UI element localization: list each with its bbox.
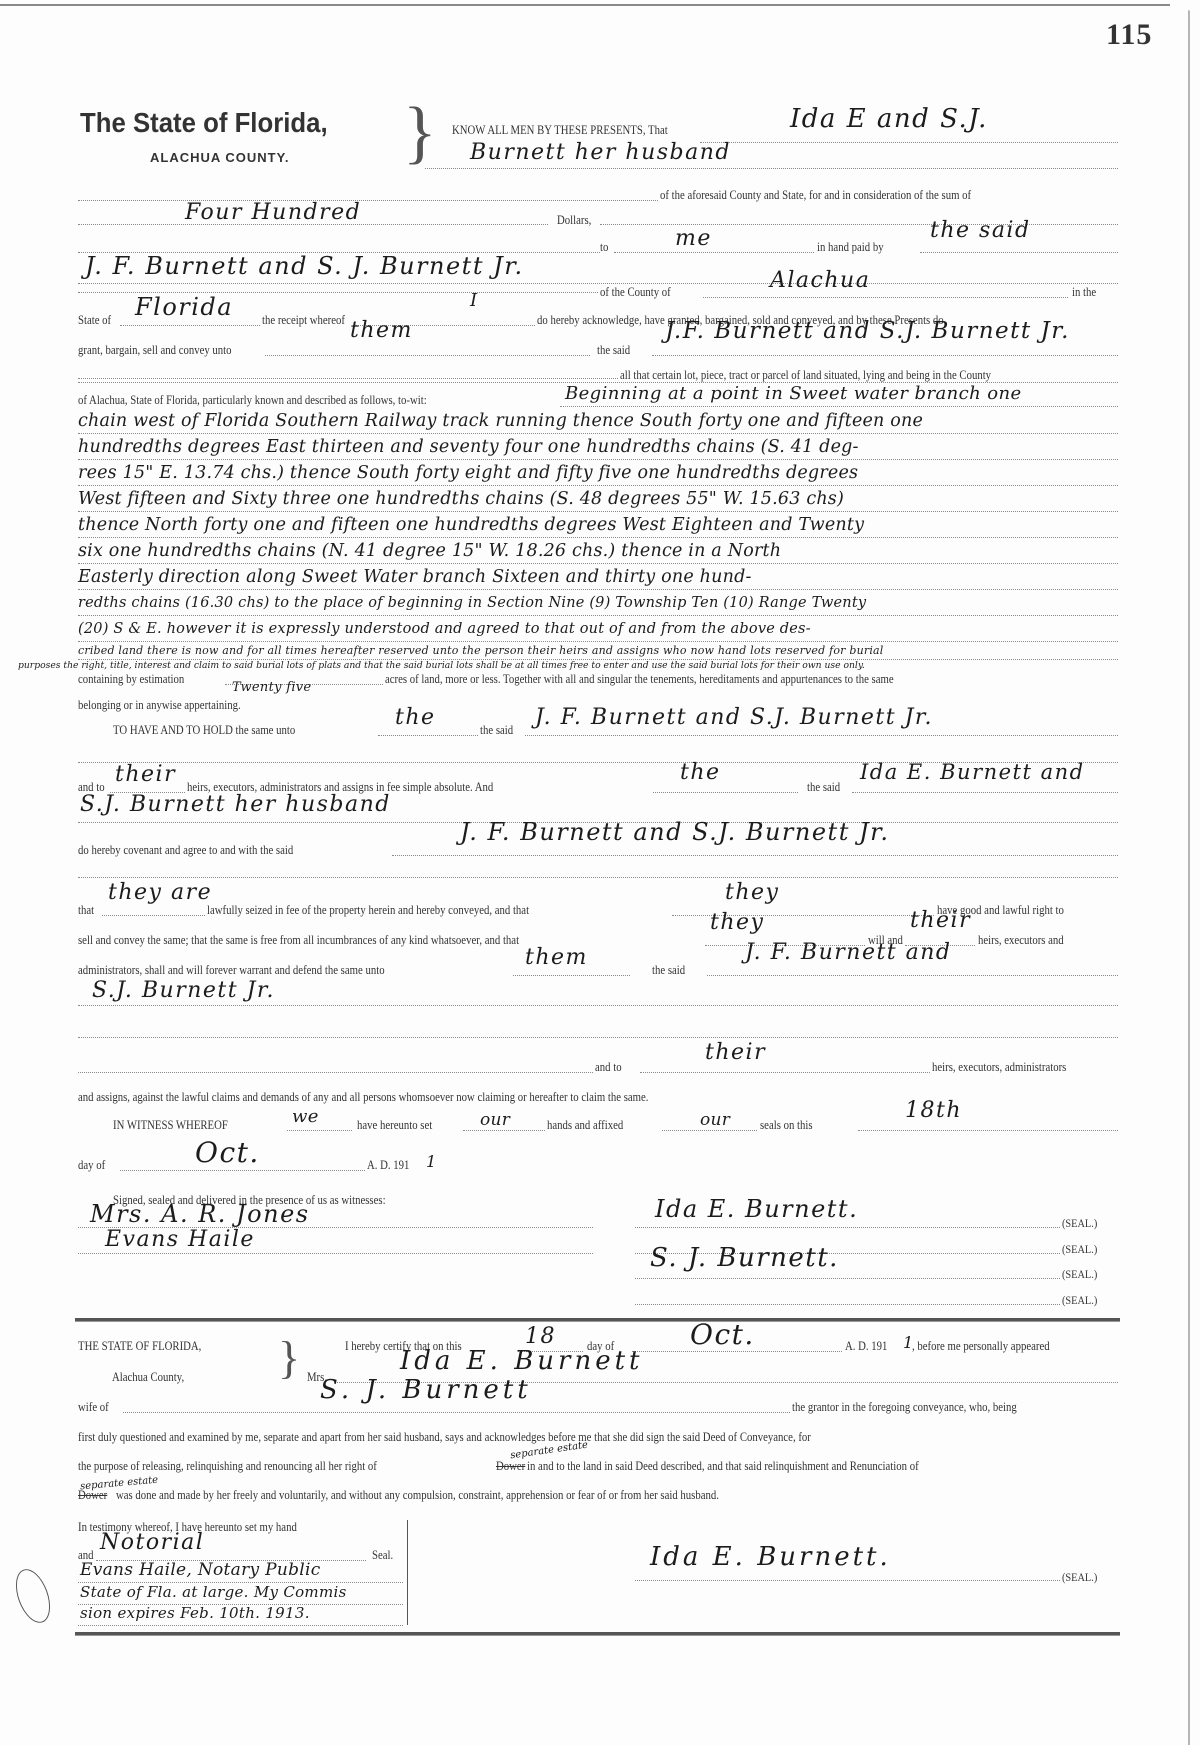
dotted-line <box>120 325 260 326</box>
appeared-text: , before me personally appeared <box>912 1339 1050 1354</box>
convey-unto: them <box>350 318 413 343</box>
notary-block-brace <box>407 1520 408 1625</box>
and-to-label-2: and to <box>595 1060 622 1075</box>
of-county-state-text: of the aforesaid County and State, for a… <box>660 188 971 203</box>
our-pronoun-2: our <box>700 1110 730 1130</box>
dotted-line <box>78 877 1118 878</box>
page-edge-right <box>1188 10 1190 1745</box>
dotted-line <box>78 283 1118 284</box>
husband-name: S. J. Burnett <box>320 1375 532 1405</box>
day-of-label: day of <box>78 1158 105 1173</box>
paid-by: the said <box>930 218 1031 243</box>
grantor-text: the grantor in the foregoing conveyance,… <box>792 1400 1017 1415</box>
in-the-label: in the <box>1072 285 1096 300</box>
dotted-line <box>632 1351 842 1352</box>
dollars-label: Dollars, <box>557 213 591 228</box>
section-divider <box>75 1318 1120 1322</box>
convey-grantees: J.F. Burnett and S.J. Burnett Jr. <box>665 318 1070 344</box>
heirs-exec-admin-text: heirs, executors, administrators <box>932 1060 1066 1075</box>
the-said-label: the said <box>597 343 630 358</box>
to-label: to <box>600 240 608 255</box>
their-heirs-2: their <box>705 1040 766 1065</box>
wife-ack-notary-line-2: State of Fla. at large. My Commis <box>80 1583 347 1601</box>
county-value: Alachua <box>770 268 870 293</box>
legal-description-line-5: thence North forty one and fifteen one h… <box>78 514 1118 538</box>
struck-dower-2: Dower <box>78 1488 107 1503</box>
dotted-line <box>525 735 1118 736</box>
defend-unto: them <box>525 945 588 970</box>
dotted-line <box>78 378 618 379</box>
grantees: J. F. Burnett and S. J. Burnett Jr. <box>85 252 524 280</box>
assigns-text: and assigns, against the lawful claims a… <box>78 1090 648 1105</box>
witness-name-1: Mrs. A. R. Jones <box>90 1200 310 1228</box>
grantor-signature-2: S. J. Burnett. <box>650 1243 839 1273</box>
header-brace: } <box>403 98 437 168</box>
wife-ack-notary-line-3: sion expires Feb. 10th. 1913. <box>80 1604 310 1622</box>
belonging-text: belonging or in anywise appertaining. <box>78 698 241 713</box>
dotted-line <box>265 355 590 356</box>
in-witness-label: IN WITNESS WHEREOF <box>113 1118 228 1133</box>
dotted-line <box>600 224 1118 225</box>
dotted-line <box>78 200 658 201</box>
grant-convey-label: grant, bargain, sell and convey unto <box>78 343 232 358</box>
dotted-line <box>707 975 1118 976</box>
legal-description-line-8: redths chains (16.30 chs) to the place o… <box>78 592 1118 616</box>
witness-name-2: Evans Haile <box>105 1227 255 1252</box>
and-pronoun: the <box>680 760 721 785</box>
dotted-line <box>513 975 630 976</box>
to-have-label: TO HAVE AND TO HOLD the same unto <box>113 723 295 738</box>
habendum-grantees: J. F. Burnett and S.J. Burnett Jr. <box>535 705 933 730</box>
legal-description-line-3: rees 15" E. 13.74 chs.) thence South for… <box>78 462 1118 486</box>
dotted-line <box>653 792 798 793</box>
right-pronoun: they <box>725 880 779 905</box>
intro-printed: KNOW ALL MEN BY THESE PRESENTS, That <box>452 123 668 138</box>
legal-description-line-0: Beginning at a point in Sweet water bran… <box>565 383 1022 404</box>
receipt-whereof-label: the receipt whereof <box>262 313 345 328</box>
legal-description-line-4: West fifteen and Sixty three one hundred… <box>78 488 1118 512</box>
dotted-line <box>614 252 814 253</box>
legal-description-line-7: Easterly direction along Sweet Water bra… <box>78 566 1118 590</box>
page-number: 115 <box>1106 18 1152 52</box>
dotted-line <box>78 1005 1118 1006</box>
wife-ack-notary-line-1: Evans Haile, Notary Public <box>80 1560 321 1580</box>
dotted-line <box>920 252 1118 253</box>
legal-description-line-9: (20) S & E. however it is expressly unde… <box>78 618 1118 642</box>
dotted-line <box>560 406 1118 407</box>
dotted-line <box>123 1412 790 1413</box>
dotted-line <box>78 1037 1118 1038</box>
legal-description-line-1: chain west of Florida Southern Railway t… <box>78 410 1118 434</box>
acres-text: acres of land, more or less. Together wi… <box>385 672 894 687</box>
acres-value: Twenty five <box>232 680 311 695</box>
of-county-label: of the County of <box>600 285 671 300</box>
paid-to: me <box>675 226 712 251</box>
dotted-line <box>652 355 1118 356</box>
seal-label-4: (SEAL.) <box>1062 1293 1097 1308</box>
the-said-label: the said <box>480 723 513 738</box>
wife-ack-month: Oct. <box>690 1318 755 1351</box>
dotted-line <box>378 735 478 736</box>
dotted-line <box>858 1130 1118 1131</box>
burial-lots-note: purposes the right, title, interest and … <box>18 660 865 671</box>
legal-description-line-6: six one hundredths chains (N. 41 degree … <box>78 540 1118 564</box>
of-alachua-text: of Alachua, State of Florida, particular… <box>78 393 427 408</box>
in-hand-paid-by-label: in hand paid by <box>817 240 884 255</box>
grantor-signature-1: Ida E. Burnett. <box>655 1195 858 1223</box>
seal-word: Seal. <box>372 1548 393 1563</box>
grantors-line-1: Ida E and S.J. <box>790 104 988 134</box>
witness-day: 18th <box>905 1098 962 1123</box>
their-heirs: their <box>910 908 971 933</box>
dotted-line <box>425 168 1118 169</box>
receipt-pronoun: I <box>470 290 479 311</box>
the-said-label-2: the said <box>807 780 840 795</box>
witness-month: Oct. <box>195 1136 260 1169</box>
deed-page: 115 The State of Florida, ALACHUA COUNTY… <box>0 0 1200 1745</box>
sell-text: sell and convey the same; that the same … <box>78 933 519 948</box>
dotted-line <box>635 1580 1060 1581</box>
wife-ack-brace: } <box>278 1335 300 1381</box>
heirs-pronoun: their <box>115 762 176 787</box>
grantors-hw-2: S.J. Burnett her husband <box>80 792 391 817</box>
legal-description-line-2: hundredths degrees East thirteen and sev… <box>78 436 1118 460</box>
document-title: The State of Florida, <box>80 107 328 139</box>
wife-ack-body-line-1: first duly questioned and examined by me… <box>78 1430 811 1445</box>
covenant-grantees: J. F. Burnett and S.J. Burnett Jr. <box>460 818 890 846</box>
dotted-line <box>78 1625 403 1626</box>
dotted-line <box>852 792 1118 793</box>
county-subtitle: ALACHUA COUNTY. <box>150 150 289 165</box>
that-label: that <box>78 903 94 918</box>
dotted-line <box>700 142 1118 143</box>
wife-ack-body-line-3: was done and made by her freely and volu… <box>116 1488 719 1503</box>
the-said-label-3: the said <box>652 963 685 978</box>
wife-ack-state-label: THE STATE OF FLORIDA, <box>78 1339 201 1354</box>
containing-label: containing by estimation <box>78 672 184 687</box>
dotted-line <box>635 1304 1060 1305</box>
defend-grantees-2: S.J. Burnett Jr. <box>92 978 275 1003</box>
hands-label: hands and affixed <box>547 1118 623 1133</box>
wife-name: Ida E. Burnett <box>400 1346 644 1376</box>
we-pronoun: we <box>292 1106 319 1127</box>
unto-pronoun: the <box>395 705 436 730</box>
dotted-line <box>120 1170 365 1171</box>
wife-seal-label: (SEAL.) <box>1062 1570 1097 1585</box>
seals-label: seals on this <box>760 1118 813 1133</box>
dotted-line <box>78 1253 593 1254</box>
seal-label-1: (SEAL.) <box>1062 1216 1097 1231</box>
notarial-word: Notorial <box>100 1530 204 1555</box>
legal-description-line-10: cribed land there is now and for all tim… <box>78 640 1118 660</box>
seal-label-2: (SEAL.) <box>1062 1242 1097 1257</box>
seized-pronoun: they are <box>108 880 212 905</box>
admin-text: administrators, shall and will forever w… <box>78 963 385 978</box>
defend-grantees-1: J. F. Burnett and <box>745 940 952 965</box>
dotted-line <box>635 1227 1060 1228</box>
notary-seal-mark-icon <box>9 1565 56 1628</box>
wife-ack-body-line-2b: in and to the land in said Deed describe… <box>527 1459 919 1474</box>
dotted-line <box>662 1130 757 1131</box>
all-that-certain-text: all that certain lot, piece, tract or pa… <box>620 368 991 383</box>
dotted-line <box>463 1130 545 1131</box>
dotted-line <box>640 1072 930 1073</box>
grantors-hw-1: Ida E. Burnett and <box>860 760 1085 784</box>
grantors-line-2: Burnett her husband <box>470 140 731 165</box>
dotted-line <box>287 1130 352 1131</box>
dotted-line <box>78 1072 593 1073</box>
dotted-line <box>703 297 1068 298</box>
ad-label: A. D. 191 <box>367 1158 409 1173</box>
wife-ack-ad-label: A. D. 191 <box>845 1339 887 1354</box>
our-pronoun: our <box>480 1110 510 1130</box>
state-of-label: State of <box>78 313 111 328</box>
wife-ack-county-label: Alachua County, <box>112 1370 184 1385</box>
dotted-line <box>635 1278 1060 1279</box>
witness-year-digit: 1 <box>426 1152 436 1171</box>
page-edge-top <box>0 4 1170 6</box>
section-divider-2 <box>75 1632 1120 1636</box>
wife-signature: Ida E. Burnett. <box>650 1542 891 1572</box>
dotted-line <box>102 915 205 916</box>
will-pronoun: they <box>710 910 764 935</box>
amount: Four Hundred <box>185 200 361 225</box>
state-value: Florida <box>135 293 233 321</box>
have-set-label: have hereunto set <box>357 1118 432 1133</box>
dotted-line <box>392 855 1118 856</box>
wife-ack-body-line-2a: the purpose of releasing, relinquishing … <box>78 1459 377 1474</box>
heirs-exec-text: heirs, executors and <box>978 933 1064 948</box>
seized-text: lawfully seized in fee of the property h… <box>207 903 529 918</box>
seal-label-3: (SEAL.) <box>1062 1267 1097 1282</box>
covenant-label: do hereby covenant and agree to and with… <box>78 843 293 858</box>
wife-of-label: wife of <box>78 1400 109 1415</box>
